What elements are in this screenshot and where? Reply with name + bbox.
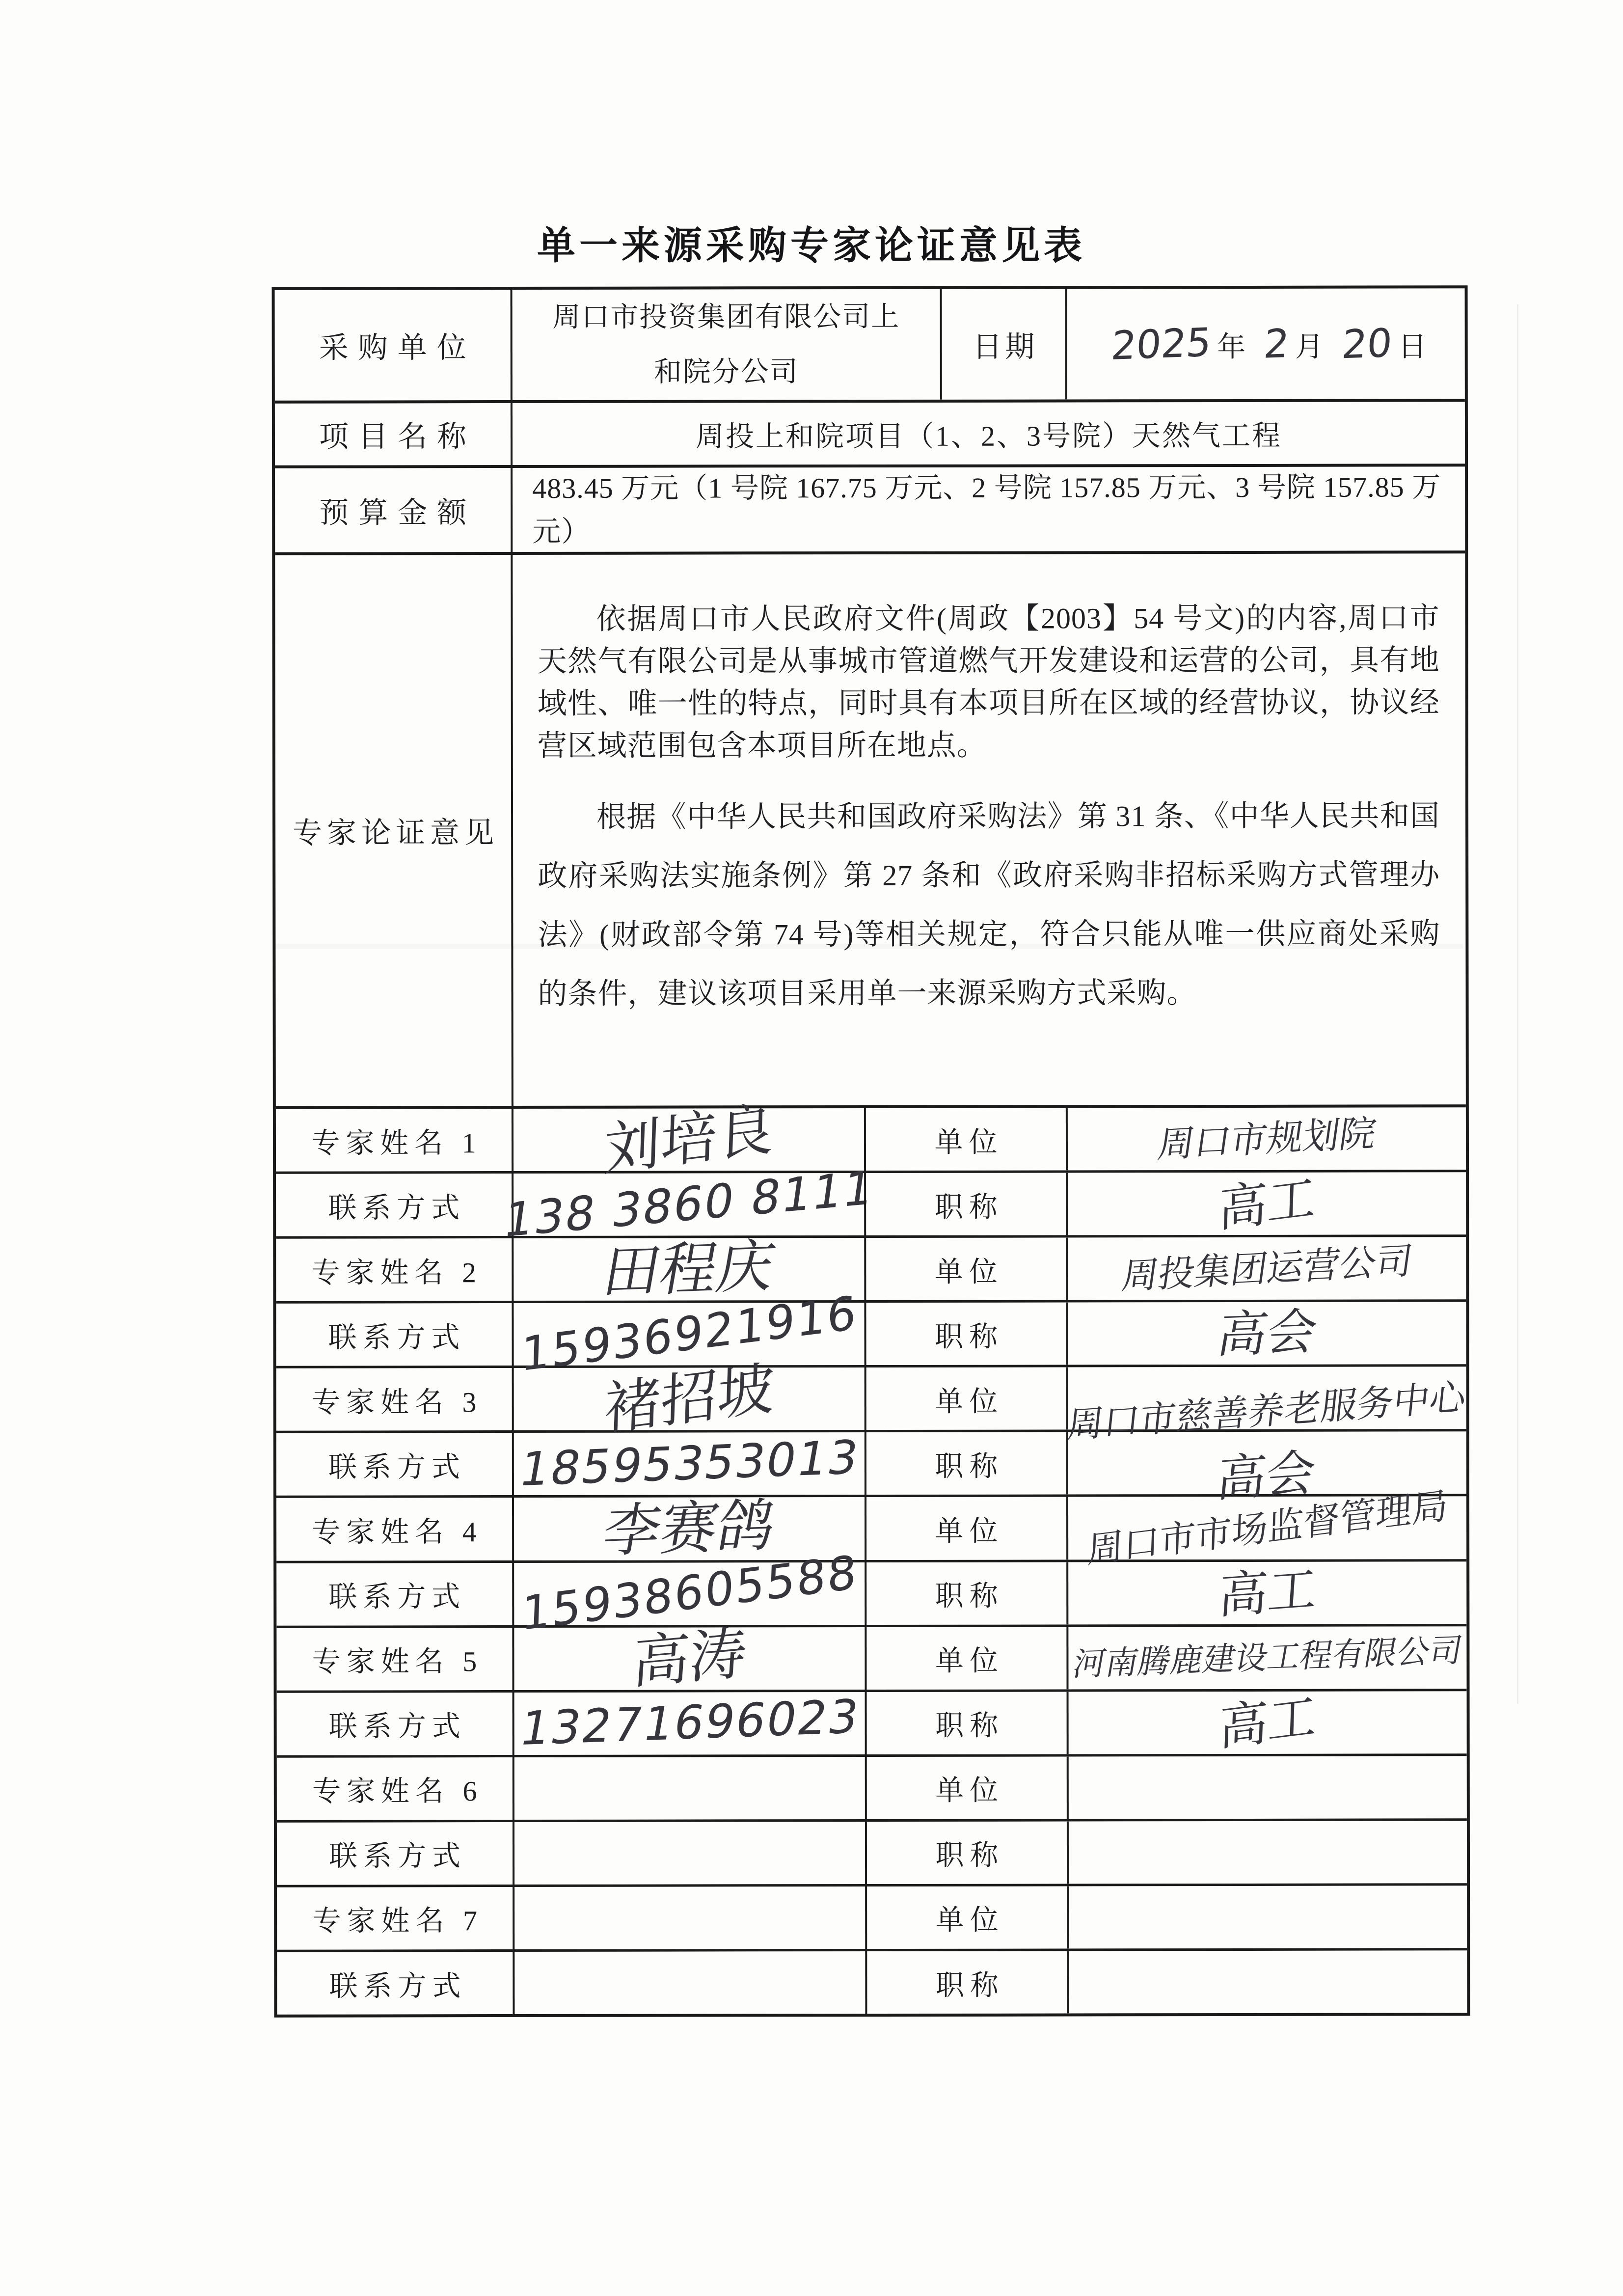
expert4-unit-handwritten: 周口市市场监督管理局: [1086, 1487, 1448, 1569]
expert3-name-label: 专家姓名 3: [306, 1379, 483, 1421]
expert6-phone-cell: [513, 1822, 865, 1885]
expert3-name-label-cell: 专家姓名 3: [276, 1368, 512, 1431]
expert3-title-label-cell: 职称: [865, 1432, 1066, 1495]
expert4-name-row: 专家姓名 4 李赛鸽 单位 周口市市场监督管理局: [276, 1494, 1466, 1560]
expert3-contact-label-cell: 联系方式: [276, 1433, 512, 1496]
expert2-phone-cell: 15936921916: [512, 1303, 864, 1366]
unit-label: 单位: [930, 1897, 1004, 1938]
expert5-phone-handwritten: 13271696023: [516, 1694, 863, 1753]
expert7-title-label-cell: 职称: [865, 1951, 1067, 2014]
expert6-unit-label-cell: 单位: [865, 1756, 1067, 1819]
document-title: 单一来源采购专家论证意见表: [0, 215, 1623, 270]
expert4-unit-label-cell: 单位: [865, 1497, 1066, 1560]
expert1-contact-row: 联系方式 138 3860 8111 职称 高工: [276, 1170, 1466, 1236]
date-month-suffix: 月: [1295, 323, 1324, 364]
expert5-name-cell: 高涛: [512, 1627, 865, 1690]
date-value-cell: 2025 年 2 月 20 日: [1065, 288, 1465, 399]
contact-label: 联系方式: [323, 1703, 466, 1744]
budget-label: 预算金额: [309, 489, 476, 531]
title-label: 职称: [929, 1313, 1003, 1354]
contact-label: 联系方式: [322, 1314, 465, 1355]
expert2-name-label: 专家姓名 2: [306, 1249, 483, 1291]
expert4-name-handwritten: 李赛鸽: [599, 1497, 780, 1560]
expert4-name-label: 专家姓名 4: [306, 1508, 483, 1550]
expert3-title-cell: 高会: [1066, 1432, 1466, 1495]
title-label: 职称: [929, 1443, 1003, 1484]
expert7-name-cell: [513, 1886, 865, 1949]
project-value-cell: 周投上和院项目（1、2、3号院）天然气工程: [511, 402, 1465, 465]
expert2-unit-cell: 周投集团运营公司: [1066, 1237, 1466, 1300]
title-label: 职称: [929, 1832, 1004, 1873]
expert5-unit-cell: 河南腾鹿建设工程有限公司: [1066, 1626, 1466, 1689]
expert4-phone-cell: 15938605588: [512, 1562, 865, 1625]
project-value: 周投上和院项目（1、2、3号院）天然气工程: [696, 412, 1282, 455]
expert5-unit-label-cell: 单位: [865, 1627, 1066, 1690]
opinion-label-cell: 专家论证意见: [275, 555, 512, 1106]
purchaser-value-cell: 周口市投资集团有限公司上 和院分公司: [511, 289, 940, 400]
expert2-name-label-cell: 专家姓名 2: [276, 1238, 512, 1301]
opinion-text-cell: 依据周口市人民政府文件(周政【2003】54 号文)的内容,周口市天然气有限公司…: [511, 553, 1466, 1106]
expert6-unit-cell: [1067, 1756, 1467, 1819]
expert2-name-handwritten: 田程庆: [598, 1237, 779, 1301]
date-year-suffix: 年: [1217, 323, 1245, 364]
expert1-title-cell: 高工: [1066, 1172, 1466, 1235]
expert1-title-label-cell: 职称: [864, 1173, 1066, 1236]
expert1-name-cell: 刘培良: [512, 1108, 864, 1171]
unit-label: 单位: [929, 1508, 1003, 1549]
expert5-name-row: 专家姓名 5 高涛 单位 河南腾鹿建设工程有限公司: [276, 1624, 1466, 1690]
expert5-contact-row: 联系方式 13271696023 职称 高工: [277, 1689, 1467, 1755]
expert3-title-handwritten: 高会: [1215, 1448, 1318, 1504]
expert4-title-handwritten: 高工: [1217, 1564, 1318, 1621]
contact-label: 联系方式: [323, 1573, 466, 1614]
expert1-phone-cell: 138 3860 8111: [512, 1173, 864, 1236]
expert4-unit-cell: 周口市市场监督管理局: [1066, 1497, 1466, 1559]
expert7-unit-cell: [1067, 1886, 1467, 1948]
date-label-cell: 日期: [940, 289, 1065, 399]
opinion-form-table: 采购单位 周口市投资集团有限公司上 和院分公司 日期 2025 年 2 月 20…: [272, 285, 1470, 2017]
expert1-title-handwritten: 高工: [1217, 1173, 1317, 1235]
expert1-phone-handwritten: 138 3860 8111: [501, 1165, 877, 1245]
expert4-title-label-cell: 职称: [865, 1562, 1066, 1625]
expert7-name-label-cell: 专家姓名 7: [277, 1887, 513, 1950]
expert3-name-row: 专家姓名 3 褚招坡 单位 周口市慈善养老服务中心: [276, 1365, 1466, 1431]
expert5-name-label: 专家姓名 5: [306, 1638, 483, 1680]
expert4-name-label-cell: 专家姓名 4: [276, 1498, 512, 1560]
expert2-unit-label-cell: 单位: [864, 1238, 1066, 1301]
unit-label: 单位: [929, 1767, 1004, 1808]
expert7-contact-row: 联系方式 职称: [277, 1948, 1467, 2014]
expert1-contact-label-cell: 联系方式: [276, 1174, 512, 1236]
expert5-phone-cell: 13271696023: [513, 1692, 865, 1755]
opinion-label: 专家论证意见: [288, 809, 499, 852]
expert7-name-label: 专家姓名 7: [306, 1898, 483, 1940]
expert7-phone-cell: [513, 1951, 865, 2014]
expert5-title-cell: 高工: [1067, 1691, 1467, 1754]
expert4-contact-label-cell: 联系方式: [276, 1563, 512, 1626]
expert5-title-handwritten: 高工: [1218, 1692, 1317, 1753]
expert6-name-cell: [513, 1757, 865, 1820]
expert3-contact-row: 联系方式 18595353013 职称 高会: [276, 1429, 1466, 1496]
expert2-title-handwritten: 高会: [1214, 1307, 1320, 1360]
expert-rows-section: 专家姓名 1 刘培良 单位 周口市规划院 联系方式 138 3860 8111: [276, 1104, 1467, 2014]
budget-value-cell: 483.45 万元（1 号院 167.75 万元、2 号院 157.85 万元、…: [511, 466, 1465, 552]
contact-label: 联系方式: [323, 1833, 466, 1874]
expert3-unit-label-cell: 单位: [865, 1367, 1066, 1430]
opinion-paragraph-1: 依据周口市人民政府文件(周政【2003】54 号文)的内容,周口市天然气有限公司…: [537, 597, 1439, 767]
opinion-paragraph-2: 根据《中华人民共和国政府采购法》第 31 条、《中华人民共和国政府采购法实施条例…: [538, 786, 1440, 1023]
expert3-unit-cell: 周口市慈善养老服务中心: [1066, 1367, 1468, 1430]
expert5-contact-label-cell: 联系方式: [277, 1693, 513, 1755]
purchaser-value-line2: 和院分公司: [552, 344, 900, 400]
expert6-contact-row: 联系方式 职称: [277, 1818, 1467, 1885]
opinion-row: 专家论证意见 依据周口市人民政府文件(周政【2003】54 号文)的内容,周口市…: [275, 550, 1466, 1106]
expert2-title-label-cell: 职称: [864, 1303, 1066, 1366]
budget-label-cell: 预算金额: [275, 468, 511, 552]
expert7-contact-label-cell: 联系方式: [277, 1952, 513, 2015]
expert6-title-cell: [1067, 1821, 1467, 1884]
expert3-name-cell: 褚招坡: [512, 1367, 865, 1430]
expert6-name-label-cell: 专家姓名 6: [277, 1757, 513, 1820]
title-label: 职称: [929, 1183, 1003, 1225]
expert3-phone-handwritten: 18595353013: [515, 1435, 863, 1494]
budget-value: 483.45 万元（1 号院 167.75 万元、2 号院 157.85 万元、…: [513, 465, 1465, 553]
scanned-document-page: 单一来源采购专家论证意见表 采购单位 周口市投资集团有限公司上 和院分公司 日期…: [0, 0, 1623, 2296]
expert6-contact-label-cell: 联系方式: [277, 1822, 513, 1885]
expert1-name-label-cell: 专家姓名 1: [276, 1109, 512, 1172]
project-row: 项目名称 周投上和院项目（1、2、3号院）天然气工程: [275, 399, 1465, 465]
title-label: 职称: [929, 1702, 1004, 1744]
purchaser-label: 采购单位: [309, 324, 476, 366]
expert2-name-row: 专家姓名 2 田程庆 单位 周投集团运营公司: [276, 1234, 1466, 1301]
date-day-handwritten: 20: [1341, 323, 1394, 364]
budget-row: 预算金额 483.45 万元（1 号院 167.75 万元、2 号院 157.8…: [275, 464, 1465, 552]
expert4-contact-row: 联系方式 15938605588 职称 高工: [276, 1559, 1466, 1625]
expert6-title-label-cell: 职称: [865, 1821, 1067, 1884]
unit-label: 单位: [929, 1248, 1003, 1289]
expert5-unit-handwritten: 河南腾鹿建设工程有限公司: [1070, 1634, 1464, 1681]
date-value: 2025 年 2 月 20 日: [1105, 323, 1426, 365]
scan-crease-artifact: [1517, 304, 1518, 1704]
date-label: 日期: [970, 323, 1037, 365]
expert6-name-row: 专家姓名 6 单位: [277, 1753, 1467, 1820]
date-day-suffix: 日: [1398, 323, 1427, 364]
contact-label: 联系方式: [322, 1184, 465, 1226]
purchaser-value-line1: 周口市投资集团有限公司上: [552, 289, 900, 345]
contact-label: 联系方式: [323, 1444, 466, 1485]
expert7-unit-label-cell: 单位: [865, 1886, 1067, 1949]
expert1-unit-label-cell: 单位: [864, 1108, 1066, 1171]
project-label: 项目名称: [309, 413, 476, 455]
expert5-name-label-cell: 专家姓名 5: [276, 1628, 512, 1691]
expert2-contact-label-cell: 联系方式: [276, 1303, 512, 1366]
expert2-name-cell: 田程庆: [512, 1238, 864, 1301]
unit-label: 单位: [929, 1638, 1004, 1679]
expert2-title-cell: 高会: [1066, 1302, 1466, 1365]
expert4-title-cell: 高工: [1066, 1561, 1466, 1624]
title-label: 职称: [929, 1573, 1004, 1614]
date-year-handwritten: 2025: [1109, 323, 1213, 366]
expert3-name-handwritten: 褚招坡: [603, 1360, 775, 1438]
project-label-cell: 项目名称: [275, 403, 511, 465]
contact-label: 联系方式: [323, 1963, 466, 2004]
expert2-unit-handwritten: 周投集团运营公司: [1119, 1242, 1415, 1294]
unit-label: 单位: [929, 1378, 1003, 1419]
expert1-unit-handwritten: 周口市规划院: [1156, 1115, 1379, 1163]
purchaser-row: 采购单位 周口市投资集团有限公司上 和院分公司 日期 2025 年 2 月 20…: [275, 288, 1465, 400]
expert6-name-label: 专家姓名 6: [306, 1768, 483, 1809]
purchaser-value: 周口市投资集团有限公司上 和院分公司: [552, 289, 900, 400]
purchaser-label-cell: 采购单位: [275, 290, 511, 401]
expert7-name-row: 专家姓名 7 单位: [277, 1883, 1467, 1949]
date-month-handwritten: 2: [1263, 324, 1291, 364]
expert1-name-label: 专家姓名 1: [305, 1120, 482, 1161]
expert3-phone-cell: 18595353013: [512, 1432, 865, 1495]
expert5-title-label-cell: 职称: [865, 1692, 1067, 1754]
expert7-title-cell: [1067, 1950, 1467, 2013]
expert1-unit-cell: 周口市规划院: [1066, 1107, 1466, 1170]
title-label: 职称: [930, 1962, 1004, 2003]
expert1-name-handwritten: 刘培良: [603, 1100, 774, 1179]
expert2-contact-row: 联系方式 15936921916 职称 高会: [276, 1300, 1466, 1366]
expert5-name-handwritten: 高涛: [631, 1625, 748, 1693]
unit-label: 单位: [928, 1119, 1003, 1160]
